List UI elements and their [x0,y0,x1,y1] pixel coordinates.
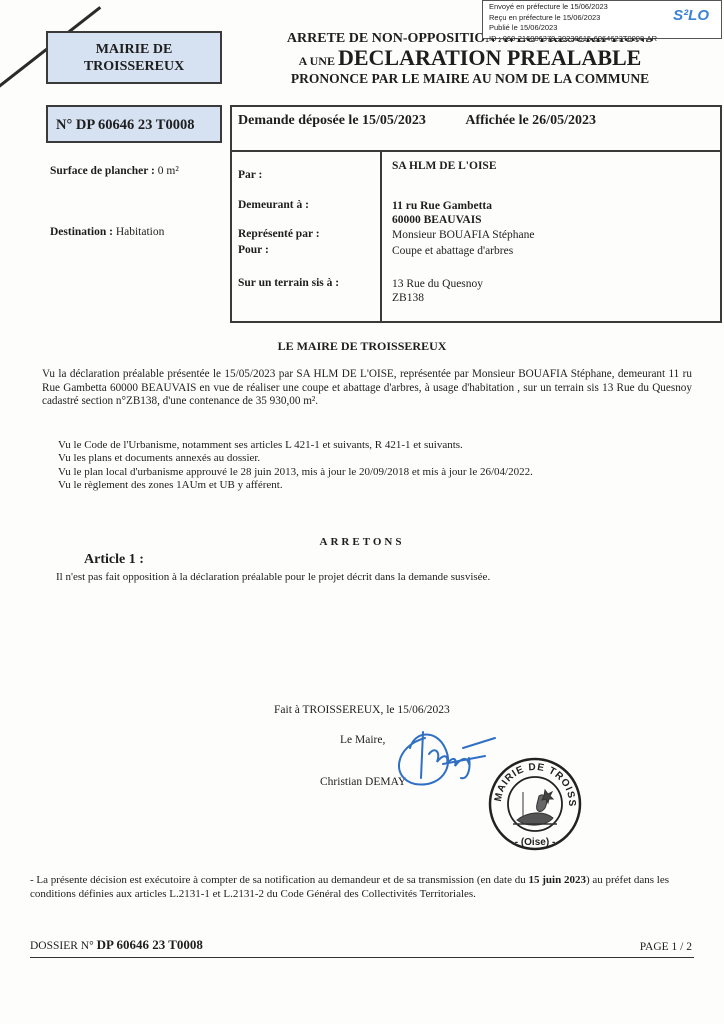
s2lo-logo-icon: S²LO [673,11,709,22]
vu-line: Vu le Code de l'Urbanisme, notamment ses… [58,439,533,452]
destination-value: Habitation [116,226,165,238]
vu-line: Vu le règlement des zones 1AUm et UB y a… [58,479,533,492]
intro-paragraph: Vu la déclaration préalable présentée le… [42,368,692,409]
title-line2: A UNE DECLARATION PREALABLE [240,48,700,71]
deposited-date: Demande déposée le 15/05/2023 [238,113,426,128]
legal-notice-date: 15 juin 2023 [528,874,585,886]
representative-value: Monsieur BOUAFIA Stéphane [392,228,534,242]
mairie-box: MAIRIE DE TROISSEREUX [46,31,222,84]
surface-value: 0 m² [158,165,179,177]
application-dates: Demande déposée le 15/05/2023 Affichée l… [232,107,720,152]
vu-line: Vu les plans et documents annexés au dos… [58,452,533,465]
destination-field: Destination : Habitation [50,226,164,238]
place-date: Fait à TROISSEREUX, le 15/06/2023 [274,704,450,716]
column-divider [380,152,382,321]
land-label: Sur un terrain sis à : [238,277,339,289]
title-line3: PRONONCE PAR LE MAIRE AU NOM DE LA COMMU… [240,71,700,87]
purpose-value: Coupe et abattage d'arbres [392,244,513,258]
prefecture-stamp: Envoyé en préfecture le 15/06/2023 Reçu … [482,0,722,39]
signatory-role: Le Maire, [340,734,385,746]
footer-dossier-number: DP 60646 23 T0008 [97,937,203,952]
article-1-text: Il n'est pas fait opposition à la déclar… [56,571,490,583]
svg-text:- (Oise) -: - (Oise) - [515,837,556,848]
title-line2-small: A UNE [299,54,335,68]
address-line1: 11 ru Rue Gambetta [392,199,492,213]
surface-label: Surface de plancher : [50,165,155,177]
dossier-number-box: N° DP 60646 23 T0008 [46,105,222,143]
destination-label: Destination : [50,226,113,238]
stamp-published: Publié le 15/06/2023 [489,23,721,34]
mairie-line2: TROISSEREUX [48,58,220,75]
legal-notice: - La présente décision est exécutoire à … [30,873,694,901]
arretons-heading: ARRETONS [0,536,724,548]
representative-label: Représenté par : [238,228,320,240]
land-parcel: ZB138 [392,291,424,305]
vu-line: Vu le plan local d'urbanisme approuvé le… [58,466,533,479]
applicant-value: SA HLM DE L'OISE [392,159,497,173]
address-line2: 60000 BEAUVAIS [392,213,482,227]
land-address: 13 Rue du Quesnoy [392,277,483,291]
maire-heading: LE MAIRE DE TROISSEREUX [0,339,724,354]
page-footer: DOSSIER N° DP 60646 23 T0008 PAGE 1 / 2 [30,937,694,958]
application-info-box: Demande déposée le 15/05/2023 Affichée l… [230,105,722,323]
applicant-label: Par : [238,169,262,181]
vu-list: Vu le Code de l'Urbanisme, notamment ses… [58,439,533,492]
article-1-title: Article 1 : [84,552,144,568]
town-hall-seal-icon: MAIRIE DE TROISSEREUX - (Oise) - [487,752,583,852]
mairie-line1: MAIRIE DE [48,41,220,58]
stamp-id: ID : 060-216006379-20230615-6064623T0008… [489,34,721,45]
surface-field: Surface de plancher : 0 m² [50,165,179,177]
page-number: PAGE 1 / 2 [640,941,692,953]
address-label: Demeurant à : [238,199,309,211]
purpose-label: Pour : [238,244,269,256]
footer-dossier-label: DOSSIER N° [30,940,94,952]
legal-notice-prefix: - La présente décision est exécutoire à … [30,874,528,886]
posted-date: Affichée le 26/05/2023 [465,113,596,128]
title-line2-big: DECLARATION PREALABLE [338,45,641,70]
